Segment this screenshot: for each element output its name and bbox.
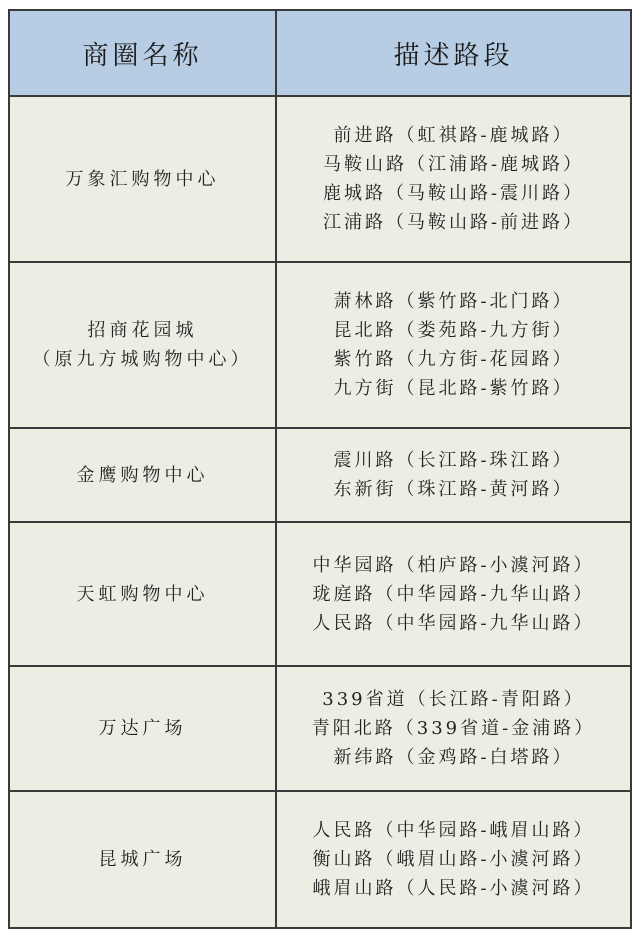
district-name: 昆城广场 <box>10 792 277 927</box>
road-segment-list: 339省道（长江路-青阳路） 青阳北路（339省道-金浦路） 新纬路（金鸡路-白… <box>277 667 630 790</box>
road-segment-list: 前进路（虹祺路-鹿城路） 马鞍山路（江浦路-鹿城路） 鹿城路（马鞍山路-震川路）… <box>277 97 630 261</box>
district-name: 万达广场 <box>10 667 277 790</box>
road-segment: 鹿城路（马鞍山路-震川路） <box>323 179 584 208</box>
district-name: 万象汇购物中心 <box>10 97 277 261</box>
road-segment-list: 震川路（长江路-珠江路） 东新街（珠江路-黄河路） <box>277 429 630 521</box>
header-district-name: 商圈名称 <box>10 11 277 95</box>
table-row: 万象汇购物中心 前进路（虹祺路-鹿城路） 马鞍山路（江浦路-鹿城路） 鹿城路（马… <box>10 97 630 263</box>
road-segment: 人民路（中华园路-峨眉山路） <box>312 816 594 845</box>
road-segment: 人民路（中华园路-九华山路） <box>312 609 594 638</box>
header-road-segments: 描述路段 <box>277 11 630 95</box>
road-segment-list: 人民路（中华园路-峨眉山路） 衡山路（峨眉山路-小澞河路） 峨眉山路（人民路-小… <box>277 792 630 927</box>
table-row: 昆城广场 人民路（中华园路-峨眉山路） 衡山路（峨眉山路-小澞河路） 峨眉山路（… <box>10 792 630 927</box>
table-header-row: 商圈名称 描述路段 <box>10 11 630 97</box>
district-name: 金鹰购物中心 <box>10 429 277 521</box>
table-row: 天虹购物中心 中华园路（柏庐路-小澞河路） 珑庭路（中华园路-九华山路） 人民路… <box>10 523 630 667</box>
road-segment: 青阳北路（339省道-金浦路） <box>312 714 595 743</box>
road-segment: 昆北路（娄苑路-九方街） <box>333 316 573 345</box>
road-segment: 震川路（长江路-珠江路） <box>333 446 573 475</box>
table-row: 金鹰购物中心 震川路（长江路-珠江路） 东新街（珠江路-黄河路） <box>10 429 630 523</box>
road-segment: 峨眉山路（人民路-小澞河路） <box>312 874 594 903</box>
district-name-line: 招商花园城 <box>88 316 198 345</box>
table-row: 万达广场 339省道（长江路-青阳路） 青阳北路（339省道-金浦路） 新纬路（… <box>10 667 630 792</box>
district-name: 招商花园城 （原九方城购物中心） <box>10 263 277 427</box>
district-name-line: （原九方城购物中心） <box>33 345 253 374</box>
road-segment: 中华园路（柏庐路-小澞河路） <box>312 551 594 580</box>
district-name: 天虹购物中心 <box>10 523 277 665</box>
road-segment-list: 中华园路（柏庐路-小澞河路） 珑庭路（中华园路-九华山路） 人民路（中华园路-九… <box>277 523 630 665</box>
road-segment: 江浦路（马鞍山路-前进路） <box>323 208 584 237</box>
table-row: 招商花园城 （原九方城购物中心） 萧林路（紫竹路-北门路） 昆北路（娄苑路-九方… <box>10 263 630 429</box>
road-segment: 马鞍山路（江浦路-鹿城路） <box>323 150 584 179</box>
district-name-line: 金鹰购物中心 <box>77 461 209 490</box>
road-segment: 339省道（长江路-青阳路） <box>322 685 584 714</box>
road-segment: 新纬路（金鸡路-白塔路） <box>333 743 573 772</box>
district-name-line: 天虹购物中心 <box>77 580 209 609</box>
road-segment-list: 萧林路（紫竹路-北门路） 昆北路（娄苑路-九方街） 紫竹路（九方街-花园路） 九… <box>277 263 630 427</box>
business-district-table: 商圈名称 描述路段 万象汇购物中心 前进路（虹祺路-鹿城路） 马鞍山路（江浦路-… <box>8 9 632 929</box>
district-name-line: 昆城广场 <box>99 845 187 874</box>
road-segment: 紫竹路（九方街-花园路） <box>333 345 573 374</box>
road-segment: 前进路（虹祺路-鹿城路） <box>333 121 573 150</box>
district-name-line: 万达广场 <box>99 714 187 743</box>
road-segment: 珑庭路（中华园路-九华山路） <box>312 580 594 609</box>
road-segment: 衡山路（峨眉山路-小澞河路） <box>312 845 594 874</box>
road-segment: 萧林路（紫竹路-北门路） <box>333 287 573 316</box>
road-segment: 东新街（珠江路-黄河路） <box>333 475 573 504</box>
road-segment: 九方街（昆北路-紫竹路） <box>333 374 573 403</box>
district-name-line: 万象汇购物中心 <box>66 165 220 194</box>
